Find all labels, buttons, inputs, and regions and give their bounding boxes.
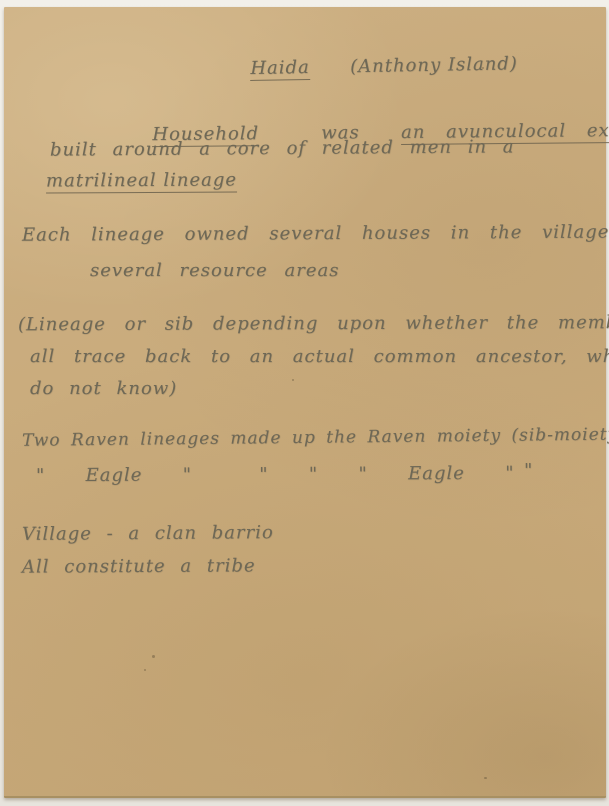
lineage-or-sib-line-3: do not know) (30, 378, 177, 399)
title-name: Haida (250, 57, 310, 81)
paper-speck (292, 379, 294, 381)
household-line-2: built around a core of related men in a (50, 136, 515, 160)
lineage-houses-line-1: Each lineage owned several houses in the… (22, 221, 609, 245)
village-line-2: All constitute a tribe (22, 555, 256, 577)
paper-speck (152, 655, 155, 658)
paper-sheet: Haida (Anthony Island) Household was an … (4, 7, 606, 798)
lineage-or-sib-line-1: (Lineage or sib depending upon whether t… (18, 312, 609, 335)
lineage-houses-line-2: several resource areas (90, 260, 339, 281)
village-line-1: Village - a clan barrio (22, 522, 274, 545)
page-title: Haida (Anthony Island) (209, 32, 518, 100)
moieties-ditto-trailing-quote: " (524, 460, 533, 481)
lineage-or-sib-line-2: all trace back to an actual common ances… (30, 346, 609, 367)
scan-background: Haida (Anthony Island) Household was an … (0, 0, 609, 806)
paper-speck (144, 669, 146, 671)
moieties-ditto-line: " Eagle " " " " Eagle " (36, 463, 515, 487)
household-line-3: matrilineal lineage (46, 170, 237, 194)
paper-speck (484, 777, 487, 779)
title-location: (Anthony Island) (350, 53, 518, 77)
title-gap (310, 56, 351, 78)
moieties-line-1: Two Raven lineages made up the Raven moi… (22, 423, 609, 451)
paper-speck (482, 67, 484, 69)
